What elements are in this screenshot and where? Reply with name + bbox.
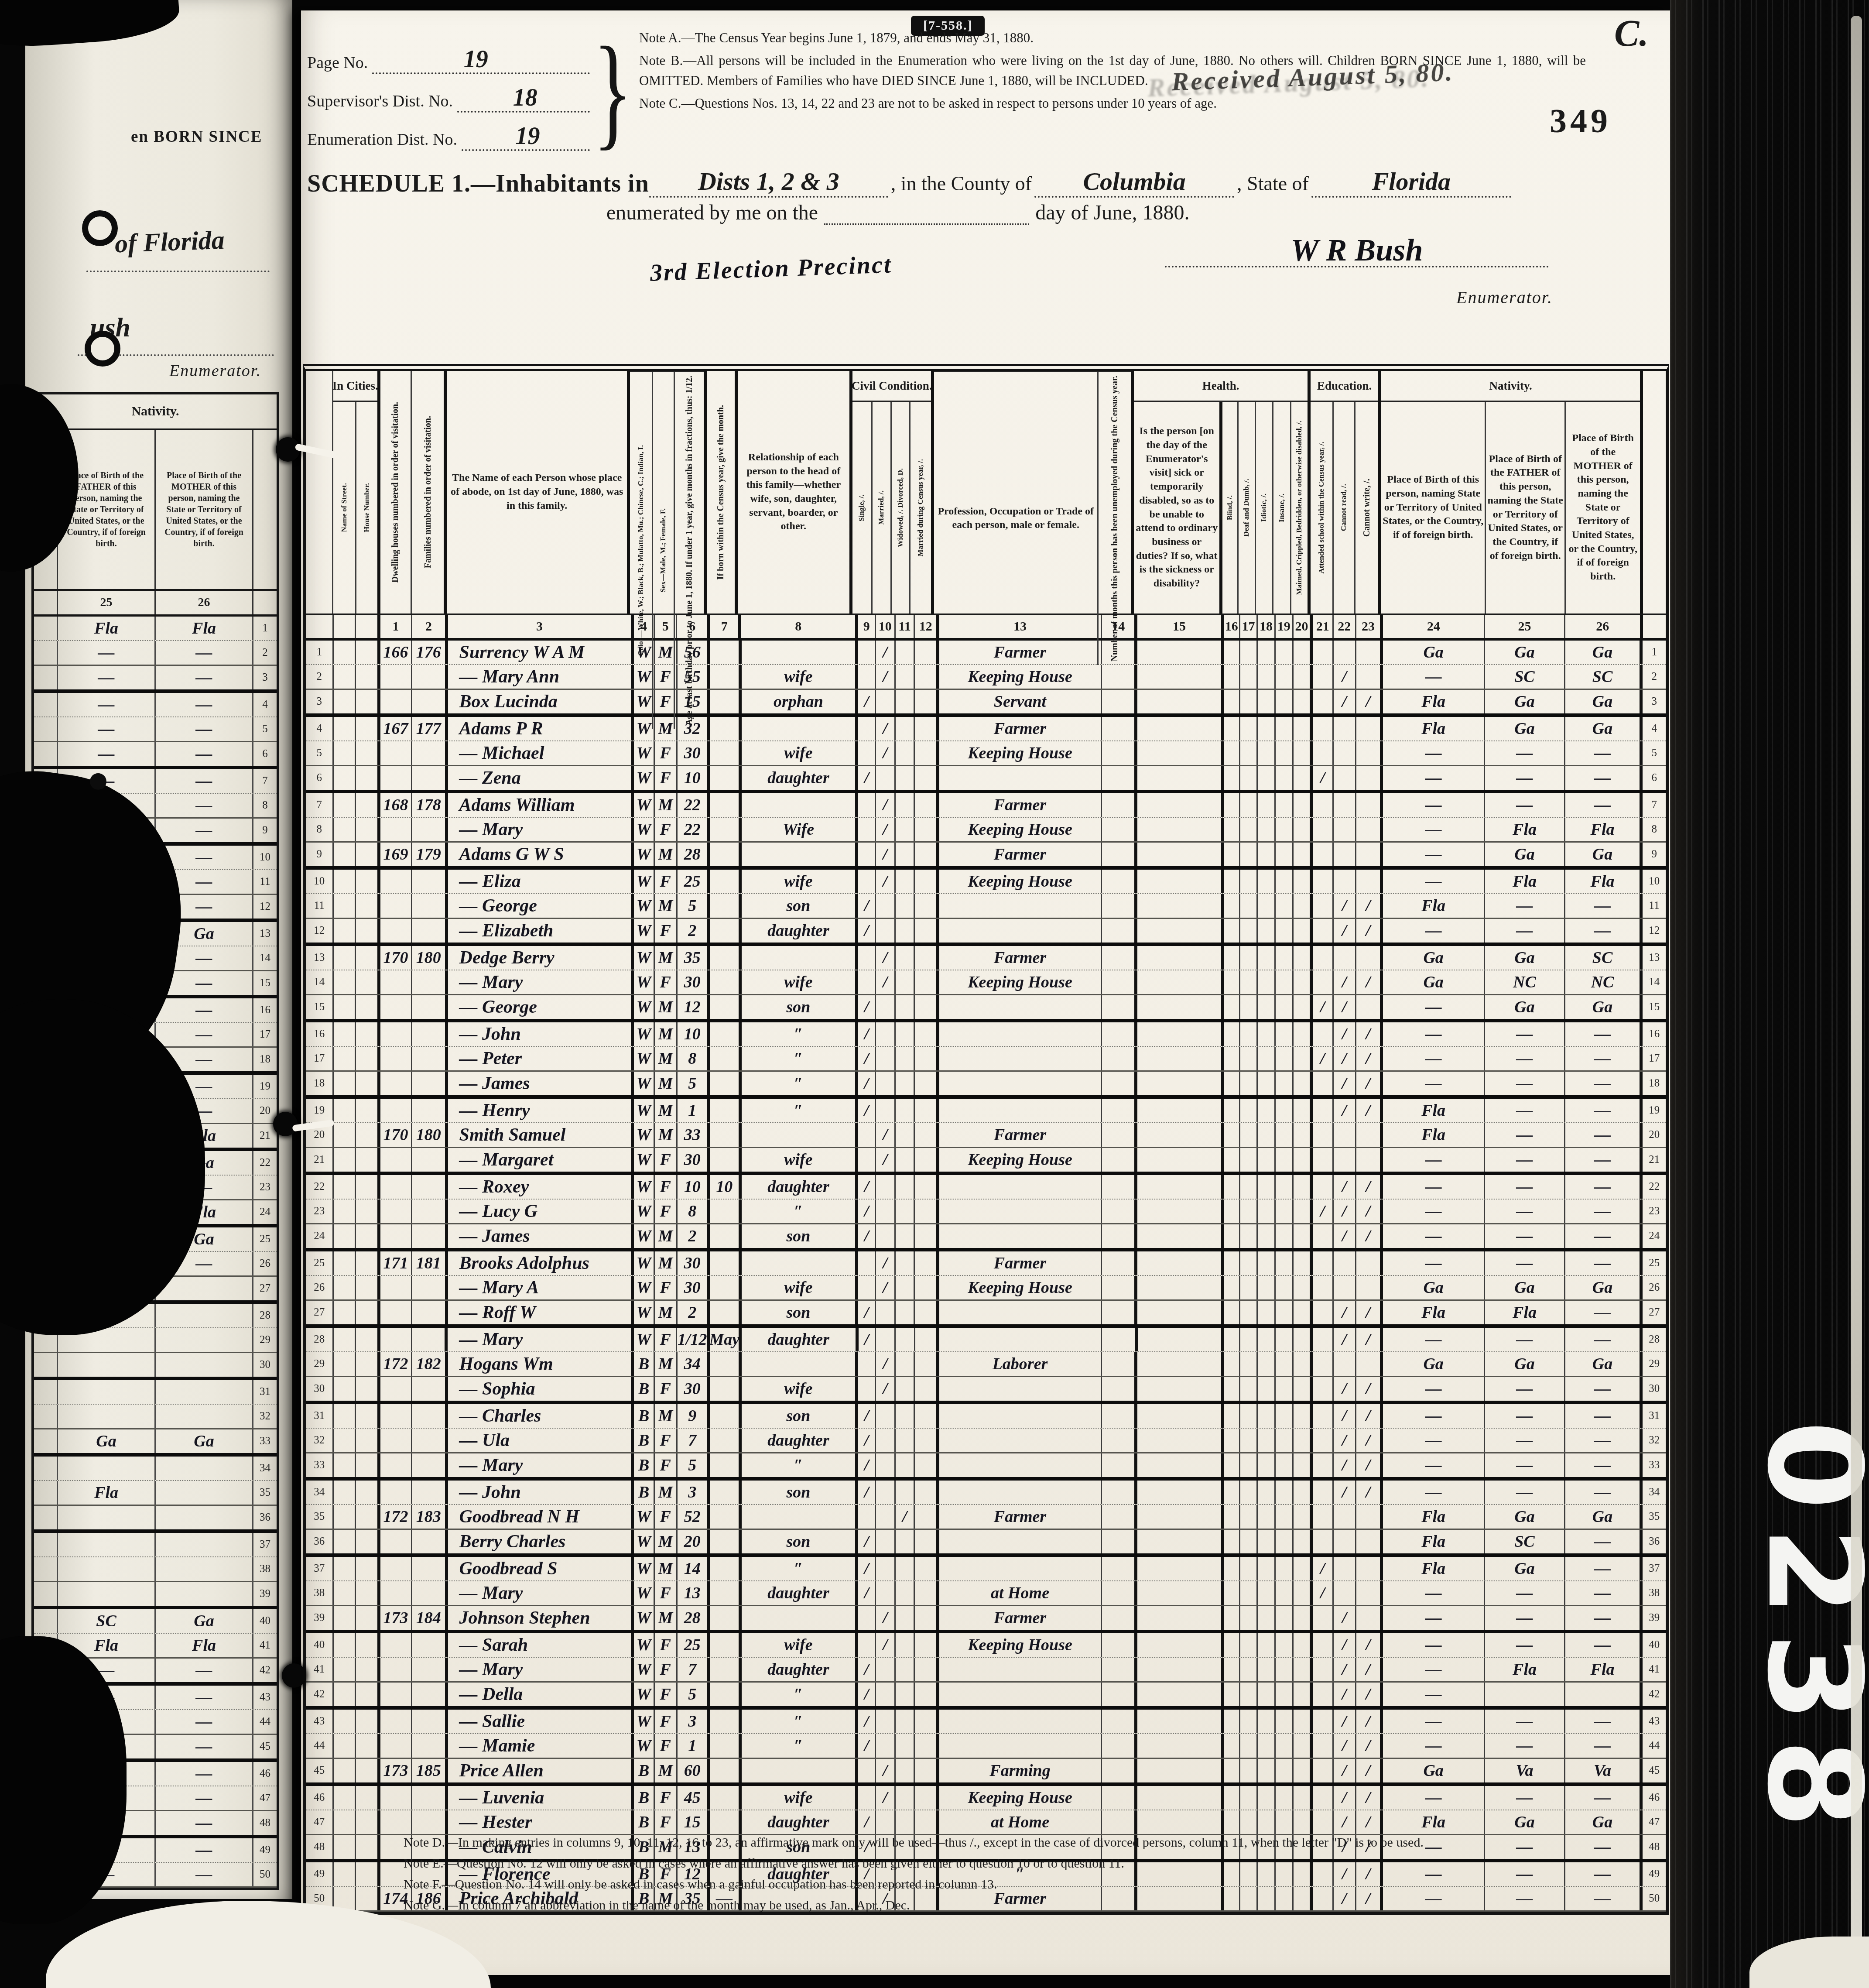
cell: 177	[411, 717, 445, 740]
header-label: Families numbered in order of visitation…	[423, 416, 433, 568]
cell: 166	[377, 641, 411, 664]
cell: /	[1332, 1328, 1355, 1351]
cell	[936, 1734, 1101, 1758]
cell: Fla	[1484, 870, 1564, 893]
cell	[936, 766, 1101, 790]
cell	[1256, 1047, 1274, 1070]
cell	[914, 1276, 936, 1299]
cell: 34	[676, 1352, 707, 1376]
microfilm-frame-number: 0238	[1739, 1420, 1869, 1845]
fragment-rownum: 7	[252, 769, 277, 793]
cell	[1292, 1276, 1310, 1299]
cell: — Hester	[445, 1810, 631, 1834]
cell	[1221, 1683, 1239, 1706]
fragment-rownum: 38	[252, 1557, 277, 1581]
cell: at Home	[936, 1581, 1101, 1605]
fragment-mother-cell	[154, 1533, 252, 1556]
cell	[875, 1022, 894, 1046]
cell: /	[1310, 1581, 1332, 1605]
cell	[894, 1072, 914, 1095]
cell	[875, 1505, 894, 1529]
fragment-rownum: 10	[252, 846, 277, 869]
cell	[1274, 970, 1292, 994]
cell: /	[1332, 1224, 1355, 1248]
cell	[1292, 1658, 1310, 1681]
cell	[1134, 995, 1221, 1019]
cell	[1239, 793, 1257, 817]
cell	[914, 793, 936, 817]
cell	[1101, 1072, 1134, 1095]
cell: 36	[306, 1530, 332, 1553]
cell	[1134, 1557, 1221, 1580]
cell: Keeping House	[936, 1633, 1101, 1657]
cell	[936, 1099, 1101, 1122]
fragment-rownum: 14	[252, 946, 277, 970]
cell: Farmer	[936, 793, 1101, 817]
cell	[914, 1175, 936, 1199]
cell	[894, 1633, 914, 1657]
cell: /	[855, 1658, 875, 1681]
cell	[1292, 946, 1310, 970]
column-number: 1	[377, 615, 411, 638]
fragment-rownum: 11	[252, 870, 277, 894]
cell	[1292, 970, 1310, 994]
cell: F	[654, 1453, 676, 1477]
cell	[894, 1453, 914, 1477]
cell: Ga	[1484, 946, 1564, 970]
cell: Ga	[1484, 1505, 1564, 1529]
cell	[914, 1759, 936, 1782]
cell: orphan	[739, 690, 856, 713]
header-label: Married during Census year, /.	[917, 459, 925, 556]
cell	[411, 1276, 445, 1299]
cell	[1355, 1123, 1380, 1147]
fragment-mother-cell: —	[154, 641, 252, 665]
cell	[1310, 1786, 1332, 1810]
cell	[1221, 766, 1239, 790]
cell	[894, 1557, 914, 1580]
cell	[914, 1301, 936, 1324]
cell	[1256, 919, 1274, 943]
table-row: 16— JohnWM10″///———16	[306, 1022, 1666, 1047]
cell: W	[631, 1072, 654, 1095]
cell	[1274, 818, 1292, 841]
cell	[1332, 1276, 1355, 1299]
cell: /	[1355, 1328, 1380, 1351]
cell: Goodbread N H	[445, 1505, 631, 1529]
cell: /	[1355, 1200, 1380, 1223]
cell	[1355, 1530, 1380, 1553]
cell	[1221, 970, 1239, 994]
cell: —	[1564, 1710, 1640, 1733]
header-col-c10: Married, /.	[871, 402, 890, 614]
cell	[914, 1022, 936, 1046]
cell: /	[1310, 1200, 1332, 1223]
cell: 48	[1640, 1835, 1666, 1859]
cell: —	[1380, 1251, 1484, 1275]
cell	[1274, 1352, 1292, 1376]
cell	[1221, 1047, 1239, 1070]
cell	[875, 1175, 894, 1199]
cell: — Lucy G	[445, 1200, 631, 1223]
cell	[1274, 1328, 1292, 1351]
cell: 24	[1640, 1224, 1666, 1248]
cell: Keeping House	[936, 1786, 1101, 1810]
cell	[1256, 1759, 1274, 1782]
cell	[1134, 1453, 1221, 1477]
cell: wife	[739, 1786, 856, 1810]
fragment-rownum: 37	[252, 1533, 277, 1556]
cell: —	[1564, 1557, 1640, 1580]
cell: —	[1564, 1581, 1640, 1605]
table-row: 33— MaryBF5″///———33	[306, 1453, 1666, 1481]
fragment-rownum: 4	[252, 693, 277, 716]
cell	[411, 1481, 445, 1504]
cell: M	[654, 1047, 676, 1070]
cell: M	[654, 995, 676, 1019]
cell	[936, 1200, 1101, 1223]
cell	[1134, 919, 1221, 943]
cell: — Sarah	[445, 1633, 631, 1657]
cell	[875, 1047, 894, 1070]
schedule-line: SCHEDULE 1.—Inhabitants in Dists 1, 2 & …	[307, 167, 1651, 198]
cell	[1239, 1734, 1257, 1758]
cell: /	[1355, 1224, 1380, 1248]
cell	[1221, 1123, 1239, 1147]
cell: —	[1380, 741, 1484, 765]
cell	[1134, 1710, 1221, 1733]
cell	[1239, 641, 1257, 664]
cell: 180	[411, 1123, 445, 1147]
cell	[914, 970, 936, 994]
cell	[1332, 793, 1355, 817]
cell	[332, 1606, 355, 1630]
enumeration-dist-field: Enumeration Dist. No. 19	[307, 113, 590, 151]
cell: —	[1380, 1200, 1484, 1223]
cell	[355, 995, 377, 1019]
cell: Ga	[1564, 690, 1640, 713]
cell: 30	[676, 1276, 707, 1299]
cell: Fla	[1484, 818, 1564, 841]
cell	[1310, 1072, 1332, 1095]
cell: Goodbread S	[445, 1557, 631, 1580]
fragment-rownum: 39	[252, 1582, 277, 1606]
cell: M	[654, 1759, 676, 1782]
cell	[1355, 641, 1380, 664]
fragment-mother-cell: —	[154, 1735, 252, 1758]
fragment-rownum: 41	[252, 1634, 277, 1657]
cell	[894, 1734, 914, 1758]
enumerated-pre: enumerated by me on the	[606, 201, 818, 225]
cell: /	[875, 1276, 894, 1299]
cell: /	[1355, 1377, 1380, 1401]
table-row: 2— Mary AnnWF55wife/Keeping House/—SCSC2	[306, 665, 1666, 690]
cell	[411, 1404, 445, 1428]
cell: W	[631, 1683, 654, 1706]
cell	[411, 1224, 445, 1248]
cell: M	[654, 1022, 676, 1046]
cell	[355, 1505, 377, 1529]
cell: — John	[445, 1022, 631, 1046]
cell: — Michael	[445, 741, 631, 765]
cell	[1332, 1148, 1355, 1172]
table-row: 6— ZenaWF10daughter//———6	[306, 766, 1666, 793]
cell: /	[875, 1352, 894, 1376]
header-col-c3: The Name of each Person whose place of a…	[444, 371, 627, 614]
cell	[411, 1148, 445, 1172]
cell	[332, 665, 355, 689]
cell	[1239, 1072, 1257, 1095]
cell	[875, 919, 894, 943]
column-number: 26	[1564, 615, 1640, 638]
cell: —	[1380, 1658, 1484, 1681]
cell	[377, 894, 411, 918]
cell: 182	[411, 1352, 445, 1376]
cell	[1310, 1658, 1332, 1681]
fragment-row: Fla35	[34, 1481, 277, 1506]
cell: 170	[377, 946, 411, 970]
cell	[1355, 1606, 1380, 1630]
cell	[936, 1481, 1101, 1504]
cell: F	[654, 741, 676, 765]
cell: 1	[306, 641, 332, 664]
cell: 25	[1640, 1251, 1666, 1275]
cell: 5	[306, 741, 332, 765]
cell	[1332, 818, 1355, 841]
cell: W	[631, 995, 654, 1019]
cell: 178	[411, 793, 445, 817]
cell: Ga	[1380, 946, 1484, 970]
header-label: Sex—Male, M.; Female, F.	[659, 508, 667, 592]
cell: daughter	[739, 1429, 856, 1452]
cell: B	[631, 1453, 654, 1477]
fragment-mother-cell	[154, 1304, 252, 1327]
cell: — Roxey	[445, 1175, 631, 1199]
cell: /	[855, 1481, 875, 1504]
header-label: If born within the Census year, give the…	[716, 405, 726, 579]
header-col-c5: Sex—Male, M.; Female, F.	[652, 372, 674, 729]
cell	[1134, 1251, 1221, 1275]
cell: /	[855, 1047, 875, 1070]
cell	[332, 1301, 355, 1324]
cell: /	[1332, 1200, 1355, 1223]
cell	[355, 1453, 377, 1477]
cell	[1274, 1581, 1292, 1605]
cell	[914, 1047, 936, 1070]
cell: 7	[1640, 793, 1666, 817]
cell	[1256, 1581, 1274, 1605]
header-col-c9: Single, /.	[852, 402, 871, 614]
cell	[355, 793, 377, 817]
cell	[894, 1481, 914, 1504]
census-table: In Cities.Name of Street.House Number.Dw…	[303, 364, 1669, 1915]
header-col-c14: Number of months this person has been un…	[1097, 372, 1131, 665]
fragment-rownum: 1	[252, 617, 277, 640]
cell: Ga	[1380, 1352, 1484, 1376]
cell	[1274, 1148, 1292, 1172]
fragment-father-cell: Ga	[57, 1429, 154, 1453]
cell	[739, 1123, 856, 1147]
cell	[411, 1175, 445, 1199]
cell: W	[631, 1505, 654, 1529]
cell: F	[654, 1633, 676, 1657]
cell: —	[1484, 1786, 1564, 1810]
cell: —	[1380, 1786, 1484, 1810]
cell	[855, 1606, 875, 1630]
cell: —	[1564, 1734, 1640, 1758]
fragment-mother-cell: —	[154, 1710, 252, 1734]
cell: Adams G W S	[445, 843, 631, 866]
fragment-mother-cell: —	[154, 666, 252, 689]
page-no-label: Page No.	[307, 53, 368, 74]
cell: daughter	[739, 1658, 856, 1681]
cell	[914, 1710, 936, 1733]
cell	[1239, 1481, 1257, 1504]
cell	[1310, 1683, 1332, 1706]
cell	[1310, 870, 1332, 893]
cell	[1101, 717, 1134, 740]
cell	[332, 1022, 355, 1046]
cell	[1221, 1377, 1239, 1401]
cell	[355, 741, 377, 765]
cell: wife	[739, 870, 856, 893]
cell	[855, 970, 875, 994]
cell	[1274, 1453, 1292, 1477]
cell: daughter	[739, 1810, 856, 1834]
cell	[1484, 1683, 1564, 1706]
cell: 31	[1640, 1404, 1666, 1428]
fragment-rownum: 25	[252, 1227, 277, 1251]
cell	[914, 1328, 937, 1351]
fragment-rownum: 31	[252, 1380, 277, 1404]
cell	[377, 1099, 411, 1122]
cell	[411, 1557, 445, 1580]
cell: 25	[306, 1251, 332, 1275]
cell: /	[855, 995, 875, 1019]
cell	[1292, 870, 1310, 893]
cell: — Sophia	[445, 1377, 631, 1401]
cell: /	[875, 741, 894, 765]
cell	[411, 818, 445, 841]
cell: Ga	[1484, 1352, 1564, 1376]
cell	[914, 1099, 936, 1122]
cell: /	[855, 1530, 875, 1553]
cell	[707, 843, 738, 866]
cell	[355, 1224, 377, 1248]
cell	[1101, 1404, 1134, 1428]
cell: 172	[377, 1352, 411, 1376]
cell	[1355, 1251, 1380, 1275]
header-label: Number of months this person has been un…	[1110, 376, 1119, 662]
cell	[855, 818, 875, 841]
cell	[1310, 1530, 1332, 1553]
cell	[1274, 690, 1292, 713]
cell	[377, 1200, 411, 1223]
cell	[1239, 1557, 1257, 1580]
cell	[411, 1072, 445, 1095]
cell: Farmer	[936, 1505, 1101, 1529]
column-number	[355, 615, 377, 638]
cell	[332, 894, 355, 918]
cell: F	[654, 1658, 676, 1681]
cell: W	[631, 1022, 654, 1046]
cell	[1221, 1022, 1239, 1046]
fragment-father-cell: —	[57, 693, 154, 716]
cell	[894, 1175, 914, 1199]
cell	[1256, 766, 1274, 790]
cell: ″	[739, 1683, 856, 1706]
cell	[1332, 1557, 1355, 1580]
cell: 12	[1640, 919, 1666, 943]
cell: — Della	[445, 1683, 631, 1706]
cell: 25	[676, 870, 707, 893]
cell: /	[1332, 995, 1355, 1019]
cell: /	[855, 919, 875, 943]
cell	[332, 793, 355, 817]
cell: 10	[676, 1022, 707, 1046]
cell	[1101, 870, 1134, 893]
cell: M	[654, 793, 676, 817]
cell	[1256, 870, 1274, 893]
cell: 8	[676, 1200, 707, 1223]
cell: — Henry	[445, 1099, 631, 1122]
table-row: 24— JamesWM2son///———24	[306, 1224, 1666, 1251]
cell	[855, 870, 875, 893]
cell: 3	[1640, 690, 1666, 713]
fragment-rownum: 45	[252, 1735, 277, 1758]
cell	[894, 766, 914, 790]
cell	[1274, 793, 1292, 817]
cell	[894, 870, 914, 893]
fragment-mother-cell: Ga	[154, 1609, 252, 1633]
cell: /	[1355, 1481, 1380, 1504]
cell	[355, 690, 377, 713]
cell	[894, 894, 914, 918]
cell	[332, 1404, 355, 1428]
cell	[411, 894, 445, 918]
cell: 18	[306, 1072, 332, 1095]
cell	[411, 741, 445, 765]
cell	[1274, 1759, 1292, 1782]
cell	[1101, 1099, 1134, 1122]
cell	[1101, 1557, 1134, 1580]
cell: /	[855, 1453, 875, 1477]
header-group-label: In Cities.	[333, 371, 377, 402]
fragment-rownum: 18	[252, 1048, 277, 1071]
cell	[1274, 717, 1292, 740]
cell: 19	[1640, 1099, 1666, 1122]
cell: 38	[306, 1581, 332, 1605]
cell: 3	[676, 1481, 707, 1504]
table-row: 7168178Adams WilliamWM22/Farmer———7	[306, 793, 1666, 818]
cell: 27	[306, 1301, 332, 1324]
cell: 176	[411, 641, 445, 664]
cell: —	[1564, 1175, 1640, 1199]
cell: /	[1355, 1786, 1380, 1810]
cell	[332, 1377, 355, 1401]
cell	[1310, 690, 1332, 713]
cell	[1256, 793, 1274, 817]
cell	[1292, 1352, 1310, 1376]
cell	[377, 1734, 411, 1758]
cell	[1274, 1505, 1292, 1529]
cell	[1134, 1683, 1221, 1706]
cell: SC	[1484, 1530, 1564, 1553]
cell: Brooks Adolphus	[445, 1251, 631, 1275]
cell	[332, 1658, 355, 1681]
cell	[1101, 843, 1134, 866]
cell	[1274, 1530, 1292, 1553]
